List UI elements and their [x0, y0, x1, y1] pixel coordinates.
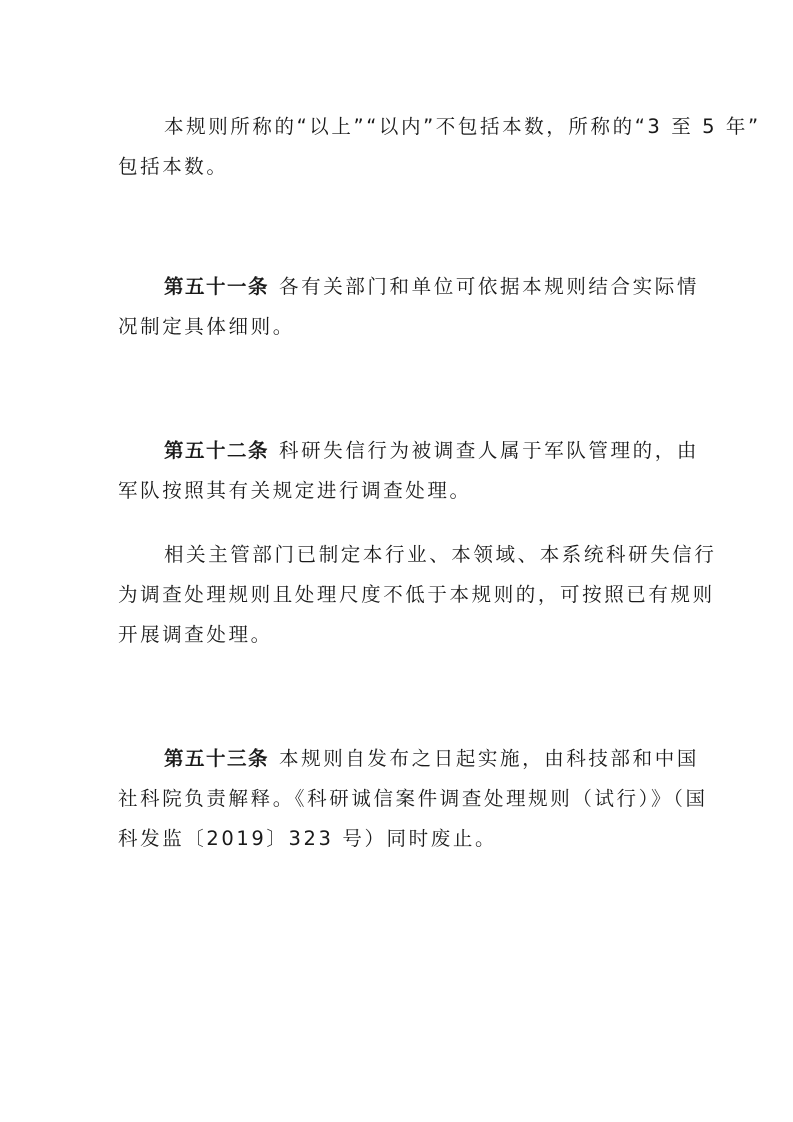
paragraph-text: 包括本数。: [118, 155, 229, 178]
article-text: 各有关部门和单位可依据本规则结合实际情: [279, 275, 699, 298]
article-53-line-1: 第五十三条本规则自发布之日起实施，由科技部和中国: [164, 747, 678, 771]
article-text: 本规则自发布之日起实施，由科技部和中国: [279, 747, 699, 770]
paragraph-text: 为调查处理规则且处理尺度不低于本规则的，可按照已有规则: [118, 583, 715, 606]
article-53-line-2: 社科院负责解释。《科研诚信案件调查处理规则（试行）》（国: [118, 787, 678, 811]
article-52-line-1: 第五十二条科研失信行为被调查人属于军队管理的，由: [164, 439, 678, 463]
article-53-line-3: 科发监〔2019〕323 号）同时废止。: [118, 827, 678, 851]
article-text: 科研失信行为被调查人属于军队管理的，由: [279, 439, 699, 462]
article-52-para-2-line-2: 为调查处理规则且处理尺度不低于本规则的，可按照已有规则: [118, 583, 678, 607]
article-heading: 第五十一条: [164, 275, 269, 298]
article-heading: 第五十三条: [164, 747, 269, 770]
paragraph-text: 相关主管部门已制定本行业、本领域、本系统科研失信行: [164, 543, 717, 566]
article-51-line-2: 况制定具体细则。: [118, 315, 678, 339]
article-text: 科发监〔2019〕323 号）同时废止。: [118, 827, 497, 850]
paragraph-definition-line-1: 本规则所称的“以上”“以内”不包括本数，所称的“3 至 5 年”: [164, 115, 678, 139]
article-51-line-1: 第五十一条各有关部门和单位可依据本规则结合实际情: [164, 275, 678, 299]
article-52-para-2-line-1: 相关主管部门已制定本行业、本领域、本系统科研失信行: [164, 543, 678, 567]
article-52-para-2-line-3: 开展调查处理。: [118, 623, 678, 647]
article-52-line-2: 军队按照其有关规定进行调查处理。: [118, 479, 678, 503]
article-text: 军队按照其有关规定进行调查处理。: [118, 479, 472, 502]
article-text: 况制定具体细则。: [118, 315, 295, 338]
paragraph-text: 开展调查处理。: [118, 623, 273, 646]
paragraph-text: 本规则所称的“以上”“以内”不包括本数，所称的“3 至 5 年”: [164, 115, 761, 138]
article-heading: 第五十二条: [164, 439, 269, 462]
document-page: 本规则所称的“以上”“以内”不包括本数，所称的“3 至 5 年” 包括本数。 第…: [0, 0, 793, 1122]
article-text: 社科院负责解释。《科研诚信案件调查处理规则（试行）》（国: [118, 787, 708, 810]
paragraph-definition-line-2: 包括本数。: [118, 155, 678, 179]
